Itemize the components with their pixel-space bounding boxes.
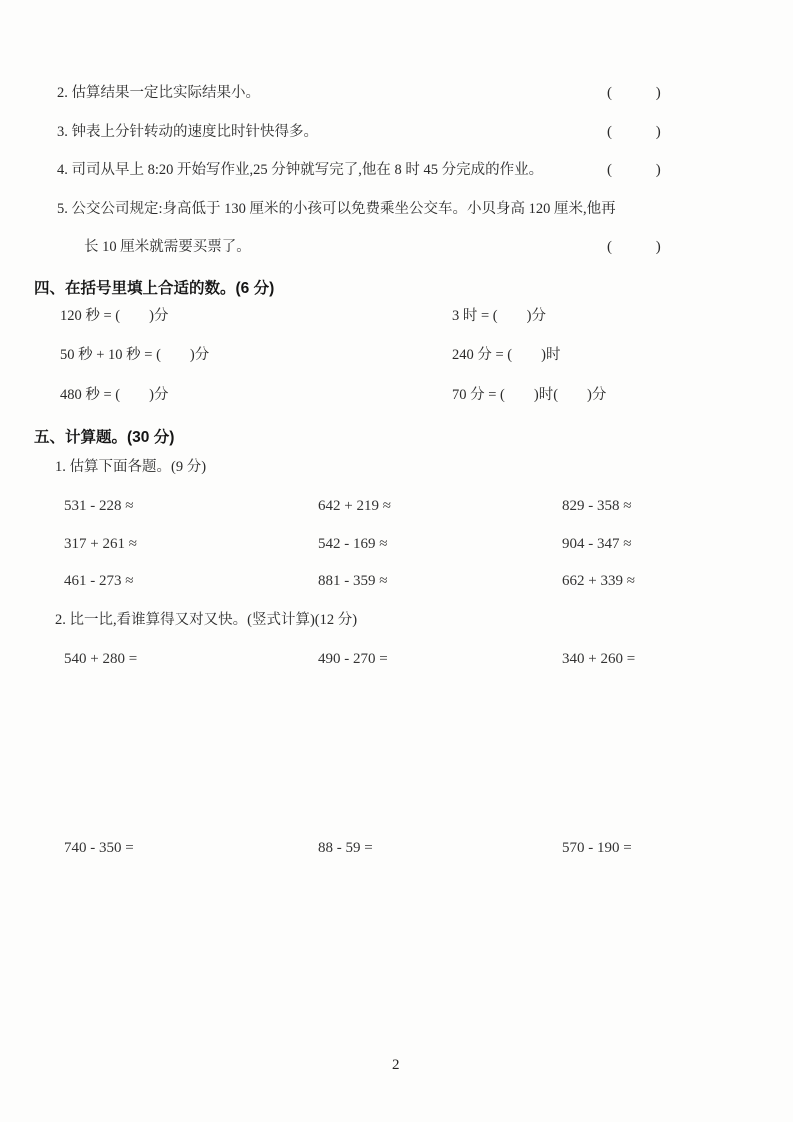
section5-sub1-label: 1. 估算下面各题。(9 分): [55, 460, 206, 475]
true-false-item-4: 4. 司司从早上 8:20 开始写作业,25 分钟就写完了,他在 8 时 45 …: [57, 163, 543, 178]
true-false-item-3-answer-blank: ( ): [607, 124, 662, 141]
calc-problem: 570 - 190 =: [562, 840, 632, 857]
calc-problem: 340 + 260 =: [562, 651, 635, 668]
estimation-problem: 531 - 228 ≈: [64, 498, 133, 515]
worksheet-page: 2. 估算结果一定比实际结果小。 ( ) 3. 钟表上分针转动的速度比时针快得多…: [0, 0, 793, 1122]
calc-problem: 490 - 270 =: [318, 651, 388, 668]
section4-heading: 四、在括号里填上合适的数。(6 分): [34, 276, 274, 298]
true-false-item-5-line1: 5. 公交公司规定:身高低于 130 厘米的小孩可以免费乘坐公交车。小贝身高 1…: [57, 202, 616, 217]
true-false-item-2-answer-blank: ( ): [607, 85, 662, 102]
calc-problem: 540 + 280 =: [64, 651, 137, 668]
true-false-item-2: 2. 估算结果一定比实际结果小。: [57, 86, 260, 101]
section4-left-item-3: 480 秒 = ( )分: [60, 388, 168, 403]
true-false-item-4-answer-blank: ( ): [607, 162, 662, 179]
estimation-problem: 904 - 347 ≈: [562, 536, 631, 553]
true-false-item-3: 3. 钟表上分针转动的速度比时针快得多。: [57, 125, 318, 140]
section4-left-item-1: 120 秒 = ( )分: [60, 309, 168, 324]
estimation-problem: 662 + 339 ≈: [562, 573, 635, 590]
estimation-problem: 642 + 219 ≈: [318, 498, 391, 515]
section5-sub2-label: 2. 比一比,看谁算得又对又快。(竖式计算)(12 分): [55, 613, 357, 628]
section4-right-item-2: 240 分 = ( )时: [452, 348, 560, 363]
page-number: 2: [392, 1057, 400, 1074]
estimation-problem: 542 - 169 ≈: [318, 536, 387, 553]
estimation-problem: 317 + 261 ≈: [64, 536, 137, 553]
section4-right-item-3: 70 分 = ( )时( )分: [452, 388, 606, 403]
estimation-problem: 829 - 358 ≈: [562, 498, 631, 515]
calc-problem: 88 - 59 =: [318, 840, 373, 857]
estimation-problem: 461 - 273 ≈: [64, 573, 133, 590]
true-false-item-5-answer-blank: ( ): [607, 239, 662, 256]
section5-heading: 五、计算题。(30 分): [34, 425, 174, 447]
true-false-item-5-line2: 长 10 厘米就需要买票了。: [84, 240, 251, 255]
estimation-problem: 881 - 359 ≈: [318, 573, 387, 590]
calc-problem: 740 - 350 =: [64, 840, 134, 857]
section4-left-item-2: 50 秒 + 10 秒 = ( )分: [60, 348, 209, 363]
section4-right-item-1: 3 时 = ( )分: [452, 309, 546, 324]
